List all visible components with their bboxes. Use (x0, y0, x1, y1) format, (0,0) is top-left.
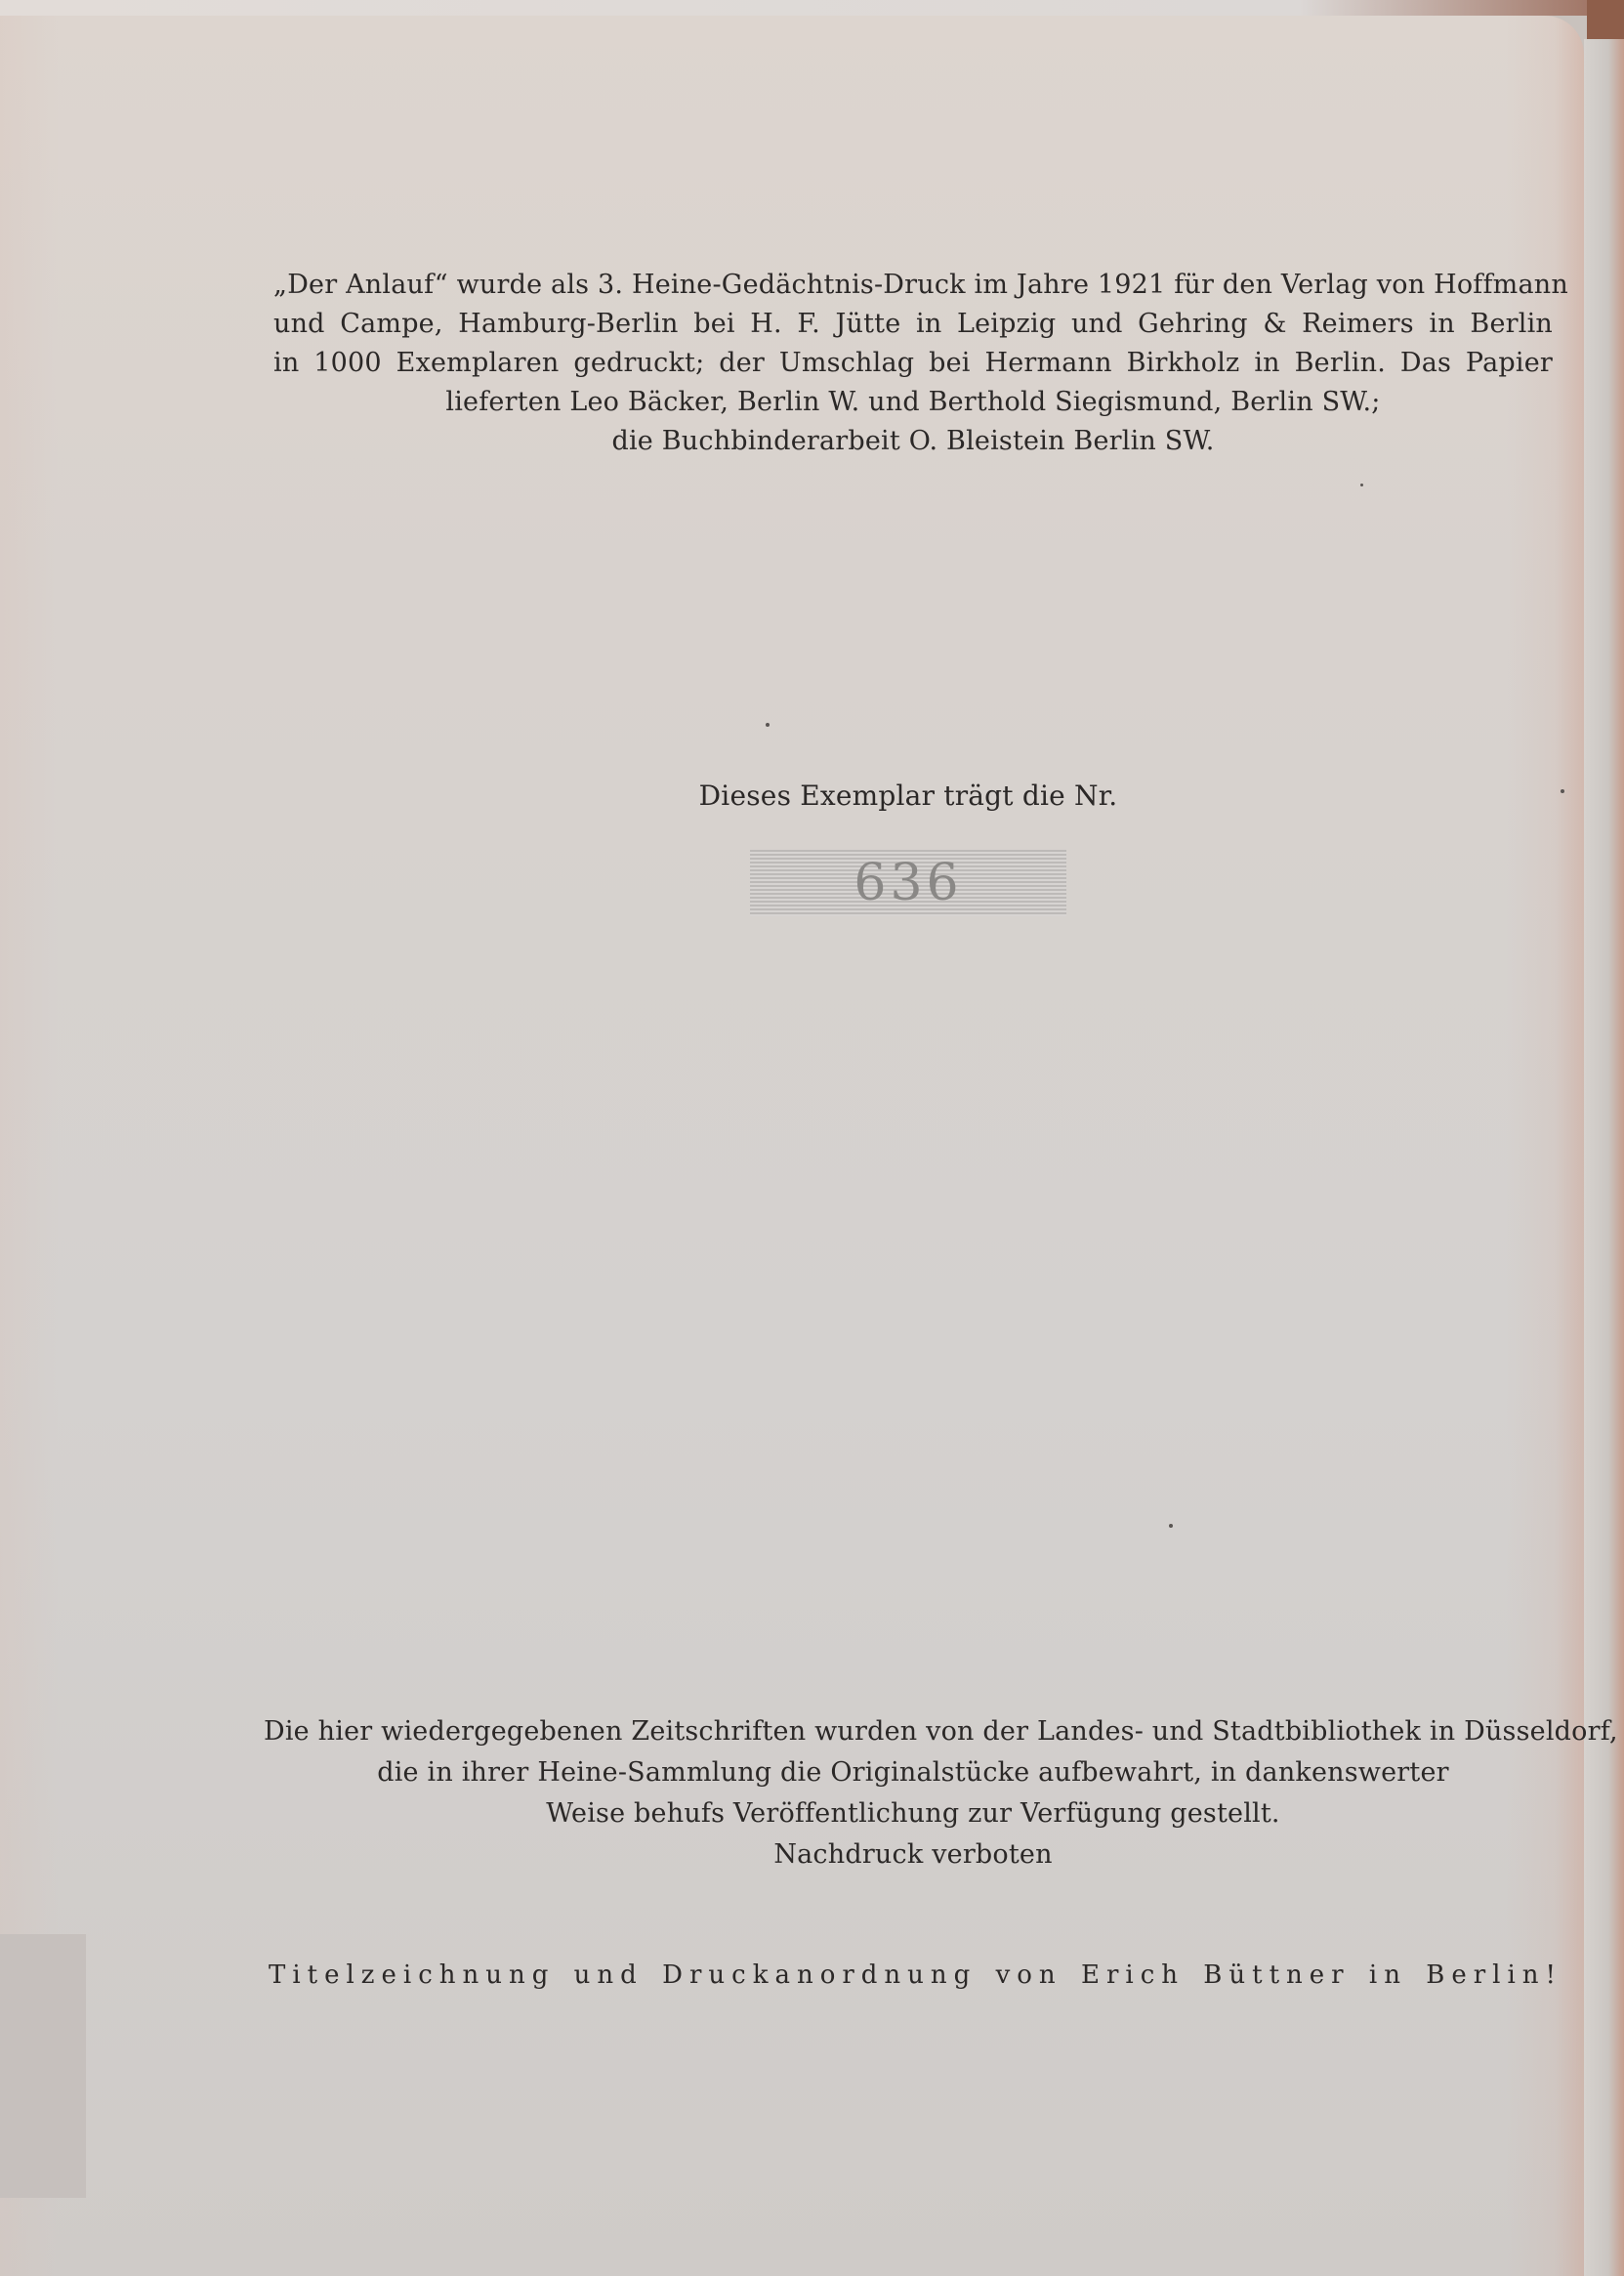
colophon-paragraph: „Der Anlauf“ wurde als 3. Heine-Gedächtn… (273, 266, 1553, 461)
paper-discoloration (0, 1934, 86, 2198)
colophon-line: „Der Anlauf“ wurde als 3. Heine-Gedächtn… (273, 266, 1553, 305)
colophon-line: lieferten Leo Bäcker, Berlin W. und Bert… (273, 383, 1553, 422)
copy-number-stamp: 636 (750, 850, 1066, 916)
colophon-line: in 1000 Exemplaren gedruckt; der Umschla… (273, 344, 1553, 383)
copy-number: 636 (854, 854, 962, 912)
credit-line: Titelzeichnung und Druckanordnung von Er… (269, 1956, 1562, 1995)
title-design-credit: Titelzeichnung und Druckanordnung von Er… (269, 1956, 1562, 1995)
acknowledgement-line: Nachdruck verboten (264, 1834, 1562, 1876)
paper-speck (1169, 1524, 1173, 1528)
paper-speck (1360, 484, 1363, 486)
colophon-line: die Buchbinderarbeit O. Bleistein Berlin… (273, 422, 1553, 461)
copy-label-text: Dieses Exemplar trägt die Nr. (625, 777, 1191, 816)
paper-speck (766, 723, 770, 727)
book-cover-corner (1587, 0, 1624, 39)
acknowledgement-line: die in ihrer Heine-Sammlung die Original… (264, 1752, 1562, 1793)
acknowledgement-paragraph: Die hier wiedergegebenen Zeitschriften w… (264, 1711, 1562, 1876)
acknowledgement-line: Die hier wiedergegebenen Zeitschriften w… (264, 1711, 1562, 1752)
page-top-edge (0, 0, 1624, 16)
copy-number-label: Dieses Exemplar trägt die Nr. (625, 777, 1191, 816)
paper-speck (1561, 789, 1564, 793)
acknowledgement-line: Weise behufs Veröffentlichung zur Verfüg… (264, 1793, 1562, 1834)
colophon-line: und Campe, Hamburg-Berlin bei H. F. Jütt… (273, 305, 1553, 344)
page-fore-edge (1584, 39, 1624, 2276)
